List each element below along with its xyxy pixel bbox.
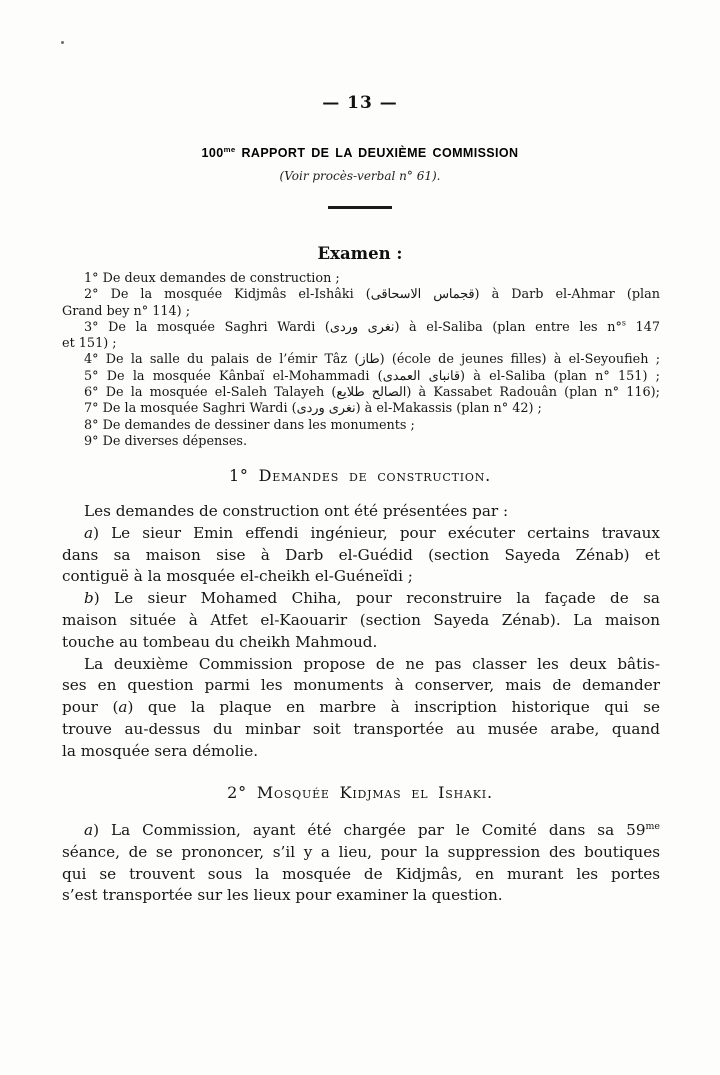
text-segment: Grand bey n° 114) ; <box>62 304 190 319</box>
text-line: 1° De deux demandes de construction ; <box>62 271 660 287</box>
text-line: 4° De la salle du palais de l’émir Tâz (… <box>62 352 660 368</box>
text-segment: a <box>84 821 93 839</box>
section-2-heading: 2° Mosquée Kidjmas el Ishaki. <box>0 783 720 802</box>
text-segment: qui se trouvent sous la mosquée de Kidjm… <box>62 865 660 883</box>
text-line: 7° De la mosquée Saghri Wardi (نغرى وردى… <box>62 401 660 417</box>
text-segment: 8° De demandes de dessiner dans les monu… <box>84 418 415 433</box>
text-segment: 6° De la mosquée el-Saleh Talayeh (الصال… <box>84 385 660 400</box>
text-line: a) Le sieur Emin effendi ingénieur, pour… <box>62 523 660 545</box>
scan-speck <box>61 41 64 44</box>
text-segment: 5° De la mosquée Kânbaï el-Mohammadi (قا… <box>84 369 660 384</box>
text-segment: La deuxième Commission propose de ne pas… <box>84 655 660 673</box>
text-segment: pour ( <box>62 698 118 716</box>
text-segment: 2° De la mosquée Kidjmâs el-Ishâki (قجما… <box>84 287 660 302</box>
text-line: 9° De diverses dépenses. <box>62 434 660 450</box>
text-segment: 100 <box>202 146 224 160</box>
text-line: 8° De demandes de dessiner dans les monu… <box>62 418 660 434</box>
text-segment: 4° De la salle du palais de l’émir Tâz (… <box>84 352 660 367</box>
text-line: contiguë à la mosquée el-cheikh el-Guéne… <box>62 566 660 588</box>
section-1-heading: 1° Demandes de construction. <box>0 466 720 485</box>
text-line: maison située à Atfet el-Kaouarir (secti… <box>62 610 660 632</box>
text-segment: 3° De la mosquée Saghri Wardi (نغرى وردى… <box>84 320 622 335</box>
text-segment: 1° De deux demandes de construction ; <box>84 271 340 286</box>
text-line: qui se trouvent sous la mosquée de Kidjm… <box>62 864 660 886</box>
text-segment: ) Le sieur Emin effendi ingénieur, pour … <box>93 524 660 542</box>
report-subtitle: (Voir procès-verbal n° 61). <box>0 169 720 183</box>
text-segment: dans sa maison sise à Darb el-Guédid (se… <box>62 546 660 564</box>
text-line: 5° De la mosquée Kânbaï el-Mohammadi (قا… <box>62 369 660 385</box>
text-line: 2° De la mosquée Kidjmâs el-Ishâki (قجما… <box>62 287 660 303</box>
text-segment: et 151) ; <box>62 336 117 351</box>
text-segment: 9° De diverses dépenses. <box>84 434 247 449</box>
text-line: séance, de se prononcer, s’il y a lieu, … <box>62 842 660 864</box>
text-segment: touche au tombeau du cheikh Mahmoud. <box>62 633 377 651</box>
text-segment: ses en question parmi les monuments à co… <box>62 676 660 694</box>
text-segment: contiguë à la mosquée el-cheikh el-Guéne… <box>62 567 413 585</box>
text-line: La deuxième Commission propose de ne pas… <box>62 654 660 676</box>
text-line: et 151) ; <box>62 336 660 352</box>
text-segment: RAPPORT DE LA DEUXIÈME COMMISSION <box>236 146 519 160</box>
text-segment: b <box>84 589 94 607</box>
text-line: trouve au-dessus du minbar soit transpor… <box>62 719 660 741</box>
text-segment: 147 <box>626 320 660 335</box>
text-segment: 7° De la mosquée Saghri Wardi (نغرى وردى… <box>84 401 542 416</box>
text-line: s’est transportée sur les lieux pour exa… <box>62 885 660 907</box>
text-segment: maison située à Atfet el-Kaouarir (secti… <box>62 611 660 629</box>
page-number: — 13 — <box>0 93 720 113</box>
text-segment: a <box>84 524 93 542</box>
text-line: 3° De la mosquée Saghri Wardi (نغرى وردى… <box>62 320 660 336</box>
text-line: pour (a) que la plaque en marbre à inscr… <box>62 697 660 719</box>
section-1-paragraphs: Les demandes de construction ont été pré… <box>62 501 660 763</box>
text-line: dans sa maison sise à Darb el-Guédid (se… <box>62 545 660 567</box>
superscript-text: me <box>646 821 661 832</box>
text-segment: ) que la plaque en marbre à inscription … <box>127 698 660 716</box>
text-line: Grand bey n° 114) ; <box>62 304 660 320</box>
text-segment: trouve au-dessus du minbar soit transpor… <box>62 720 660 738</box>
text-segment: s’est transportée sur les lieux pour exa… <box>62 886 503 904</box>
report-title: 100me RAPPORT DE LA DEUXIÈME COMMISSION <box>0 146 720 160</box>
section-2-paragraphs: a) La Commission, ayant été chargée par … <box>62 820 660 907</box>
text-line: 100me RAPPORT DE LA DEUXIÈME COMMISSION <box>0 146 720 160</box>
superscript-text: me <box>224 145 236 154</box>
text-segment: la mosquée sera démolie. <box>62 742 258 760</box>
text-segment: séance, de se prononcer, s’il y a lieu, … <box>62 843 660 861</box>
examen-heading: Examen : <box>0 244 720 263</box>
text-line: b) Le sieur Mohamed Chiha, pour reconstr… <box>62 588 660 610</box>
text-line: touche au tombeau du cheikh Mahmoud. <box>62 632 660 654</box>
text-segment: ) Le sieur Mohamed Chiha, pour reconstru… <box>94 589 660 607</box>
scanned-document-page: — 13 — 100me RAPPORT DE LA DEUXIÈME COMM… <box>0 0 720 1075</box>
examen-list: 1° De deux demandes de construction ;2° … <box>62 271 660 450</box>
divider-rule <box>328 206 392 209</box>
text-line: Les demandes de construction ont été pré… <box>62 501 660 523</box>
text-line: ses en question parmi les monuments à co… <box>62 675 660 697</box>
text-segment: Les demandes de construction ont été pré… <box>84 502 508 520</box>
text-line: la mosquée sera démolie. <box>62 741 660 763</box>
text-line: a) La Commission, ayant été chargée par … <box>62 820 660 842</box>
text-segment: ) La Commission, ayant été chargée par l… <box>93 821 645 839</box>
text-line: 6° De la mosquée el-Saleh Talayeh (الصال… <box>62 385 660 401</box>
